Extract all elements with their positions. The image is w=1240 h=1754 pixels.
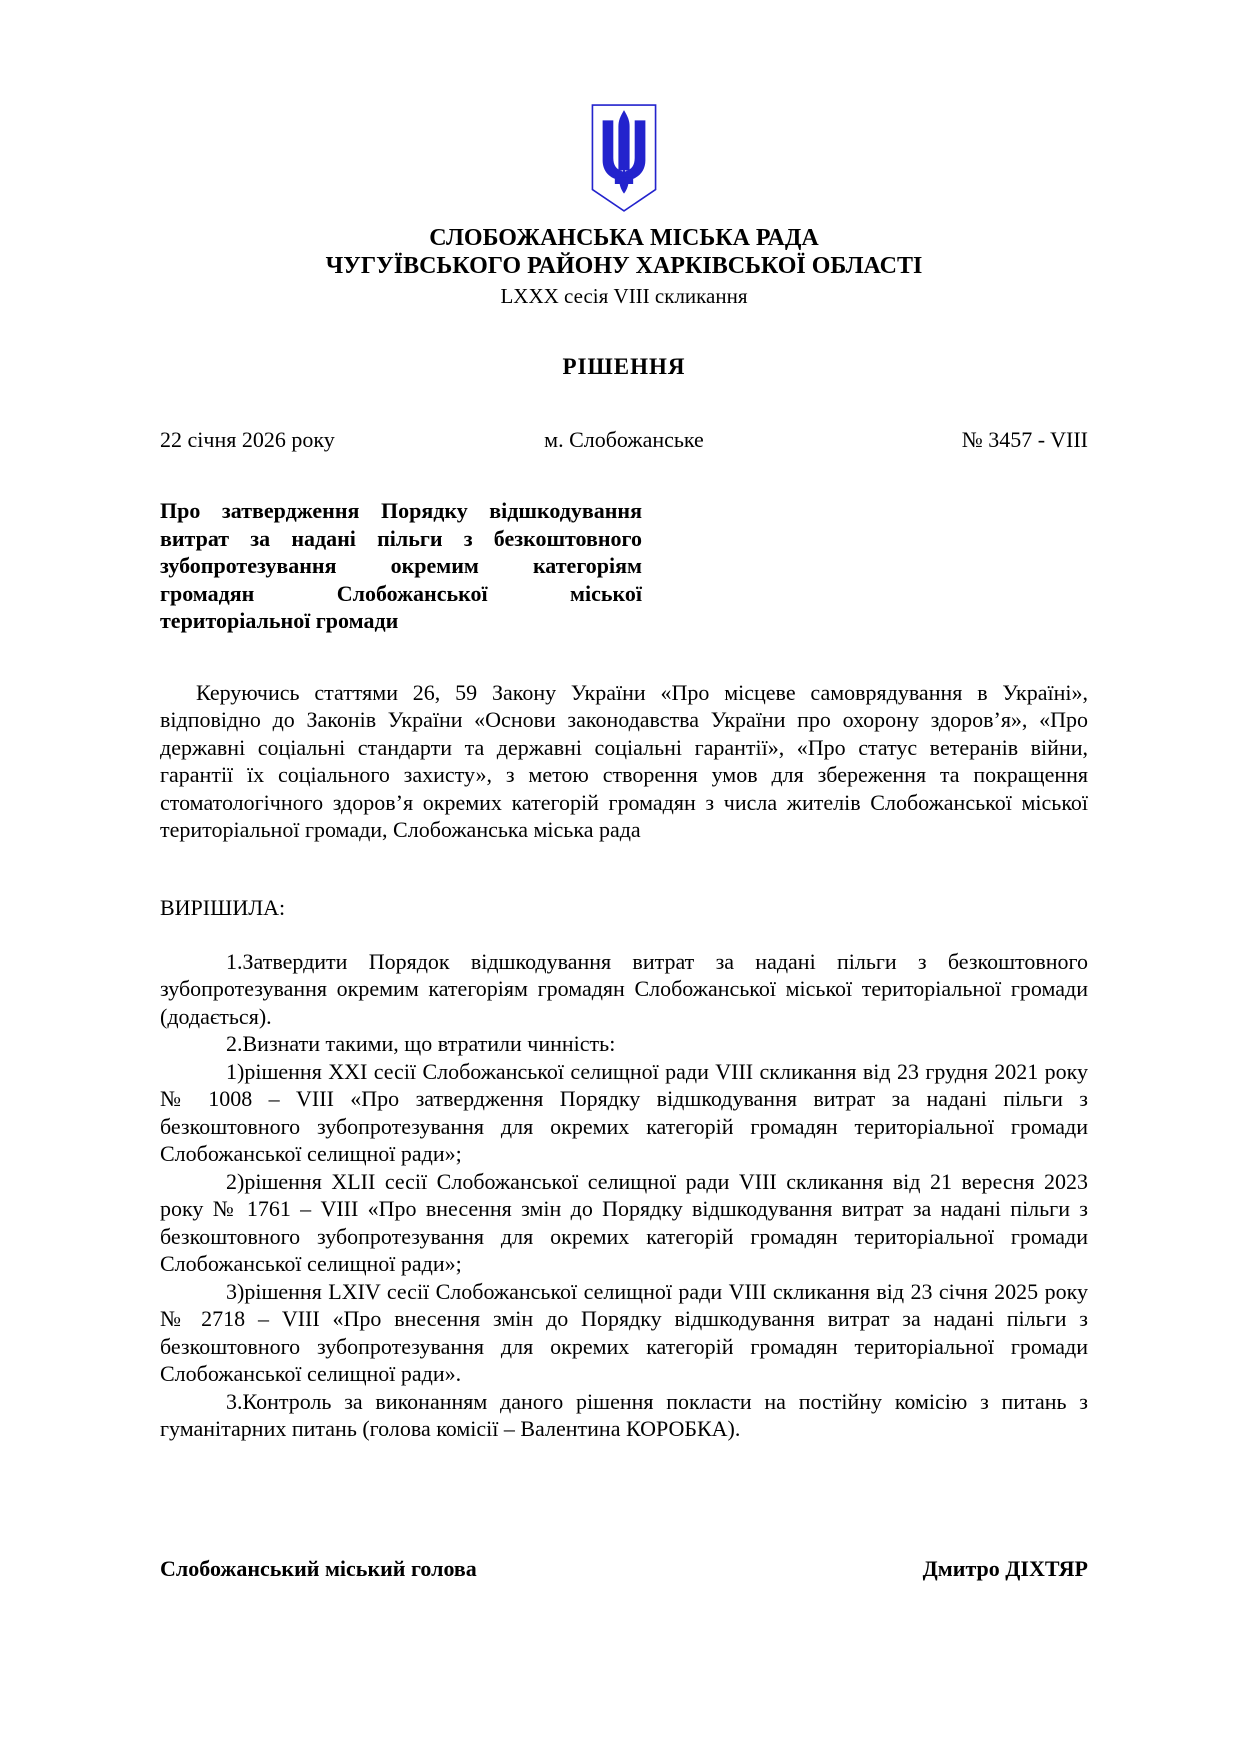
- item-text: рішення XXI сесії Слобожанської селищної…: [160, 1059, 1088, 1167]
- document-type-heading: РІШЕННЯ: [160, 354, 1088, 380]
- item-text: Затвердити Порядок відшкодування витрат …: [160, 949, 1088, 1029]
- item-text: Контроль за виконанням даного рішення по…: [160, 1389, 1088, 1442]
- item-number: 2.: [193, 1030, 243, 1058]
- trident-emblem-icon: [588, 102, 660, 214]
- item-number: 3.: [193, 1388, 243, 1416]
- item-number: 3): [193, 1278, 244, 1306]
- item-text: рішення LXIV сесії Слобожанської селищно…: [160, 1279, 1088, 1387]
- signature-row: Слобожанський міський голова Дмитро ДІХТ…: [160, 1555, 1088, 1582]
- document-content: СЛОБОЖАНСЬКА МІСЬКА РАДА ЧУГУЇВСЬКОГО РА…: [160, 0, 1088, 1582]
- item-text: Визнати такими, що втратили чинність:: [243, 1031, 616, 1056]
- resolution-item: 3.Контроль за виконанням даного рішення …: [160, 1388, 1088, 1443]
- document-date: 22 січня 2026 року: [160, 426, 544, 453]
- item-number: 1): [193, 1058, 244, 1086]
- emblem-container: [160, 0, 1088, 214]
- org-name-line2: ЧУГУЇВСЬКОГО РАЙОНУ ХАРКІВСЬКОЇ ОБЛАСТІ: [160, 252, 1088, 280]
- resolution-item: 1.Затвердити Порядок відшкодування витра…: [160, 948, 1088, 1031]
- resolved-label: ВИРІШИЛА:: [160, 894, 1088, 921]
- resolution-items: 1.Затвердити Порядок відшкодування витра…: [160, 948, 1088, 1443]
- document-place: м. Слобожанське: [544, 426, 704, 453]
- item-text: рішення XLII сесії Слобожанської селищно…: [160, 1169, 1088, 1277]
- date-place-number-row: 22 січня 2026 року м. Слобожанське № 345…: [160, 426, 1088, 453]
- resolution-item: 2)рішення XLII сесії Слобожанської селищ…: [160, 1168, 1088, 1278]
- item-number: 2): [193, 1168, 244, 1196]
- document-number: № 3457 - VIII: [704, 426, 1088, 453]
- signature-name: Дмитро ДІХТЯР: [923, 1555, 1088, 1582]
- signature-position: Слобожанський міський голова: [160, 1555, 477, 1582]
- item-number: 1.: [193, 948, 243, 976]
- session-line: LXXX сесія VIII скликання: [160, 283, 1088, 309]
- document-page: СЛОБОЖАНСЬКА МІСЬКА РАДА ЧУГУЇВСЬКОГО РА…: [0, 0, 1240, 1754]
- resolution-item: 2.Визнати такими, що втратили чинність:: [160, 1030, 1088, 1058]
- org-name-line1: СЛОБОЖАНСЬКА МІСЬКА РАДА: [160, 224, 1088, 252]
- document-title: Про затвердження Порядку відшкодування в…: [160, 497, 642, 635]
- resolution-item: 3)рішення LXIV сесії Слобожанської селищ…: [160, 1278, 1088, 1388]
- resolution-item: 1)рішення XXI сесії Слобожанської селищн…: [160, 1058, 1088, 1168]
- preamble-paragraph: Керуючись статтями 26, 59 Закону України…: [160, 679, 1088, 844]
